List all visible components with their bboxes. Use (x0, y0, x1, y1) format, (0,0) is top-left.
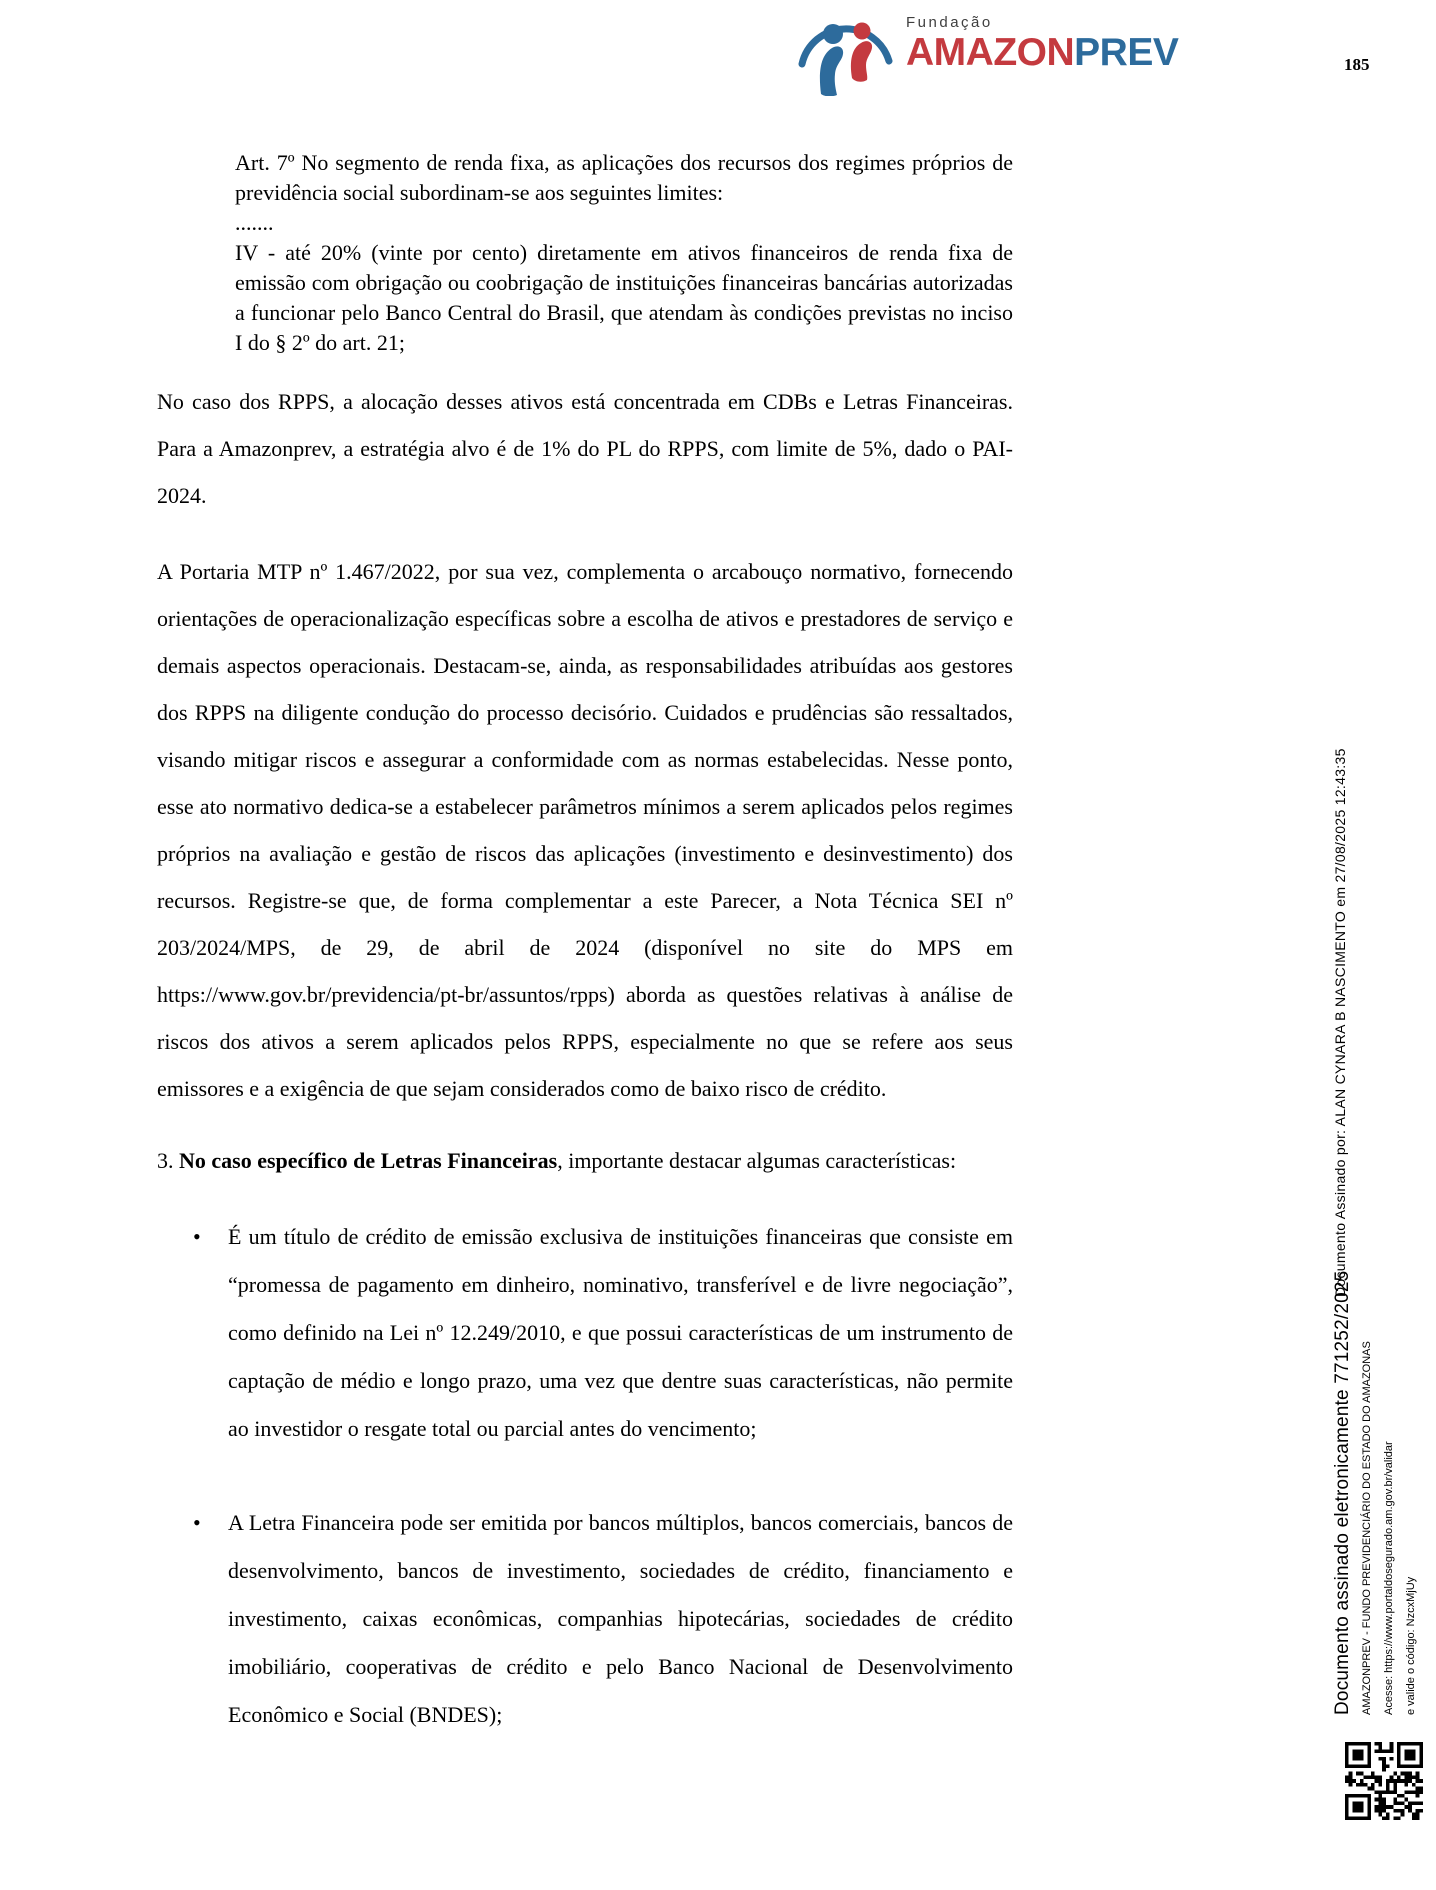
paragraph-rpps-allocation: No caso dos RPPS, a alocação desses ativ… (157, 378, 1013, 519)
item-3-number: 3. (157, 1148, 179, 1173)
item-3-bold-title: No caso específico de Letras Financeiras (179, 1148, 557, 1173)
quote-ellipsis: ....... (235, 208, 1013, 238)
list-item: • A Letra Financeira pode ser emitida po… (157, 1499, 1013, 1739)
organization-line: AMAZONPREV - FUNDO PREVIDENCIÁRIO DO EST… (1361, 1390, 1375, 1715)
logo-wordmark-prev: PREV (1074, 31, 1178, 74)
logo-tagline: Fundação (906, 14, 1178, 31)
paragraph-item-3-heading: 3. No caso específico de Letras Financei… (157, 1137, 1013, 1184)
validation-code-line: e valide o código: NzcxMjUy (1405, 1560, 1419, 1715)
bullet-icon: • (193, 1213, 201, 1261)
list-item: • É um título de crédito de emissão excl… (157, 1213, 1013, 1453)
characteristics-list: • É um título de crédito de emissão excl… (157, 1213, 1013, 1739)
logo-wordmark: AMAZONPREV (906, 33, 1178, 74)
qr-code (1345, 1742, 1423, 1820)
page-number: 185 (1344, 55, 1370, 75)
signature-stamp-text: Documento Assinado por: ALAN CYNARA B NA… (1332, 700, 1349, 1297)
list-item-text: É um título de crédito de emissão exclus… (228, 1224, 1013, 1441)
list-item-text: A Letra Financeira pode ser emitida por … (228, 1510, 1013, 1727)
logo-wordmark-amazon: AMAZON (906, 31, 1074, 74)
quote-inciso-iv: IV - até 20% (vinte por cento) diretamen… (235, 238, 1013, 358)
document-body: Art. 7º No segmento de renda fixa, as ap… (157, 148, 1013, 1739)
paragraph-portaria-mtp: A Portaria MTP nº 1.467/2022, por sua ve… (157, 548, 1013, 1112)
validation-url-line: Acesse: https://www.portaldosegurado.am.… (1383, 1400, 1397, 1715)
document-page: Fundação AMAZONPREV 185 Art. 7º No segme… (0, 0, 1436, 1890)
electronic-signature-title: Documento assinado eletronicamente 77125… (1332, 1225, 1355, 1715)
bullet-icon: • (193, 1499, 201, 1547)
amazonprev-logo: Fundação AMAZONPREV (796, 4, 1178, 96)
item-3-rest: , importante destacar algumas caracterís… (557, 1148, 956, 1173)
legal-quote-block: Art. 7º No segmento de renda fixa, as ap… (235, 148, 1013, 358)
quote-art-7: Art. 7º No segmento de renda fixa, as ap… (235, 148, 1013, 208)
people-arc-icon (796, 4, 896, 96)
